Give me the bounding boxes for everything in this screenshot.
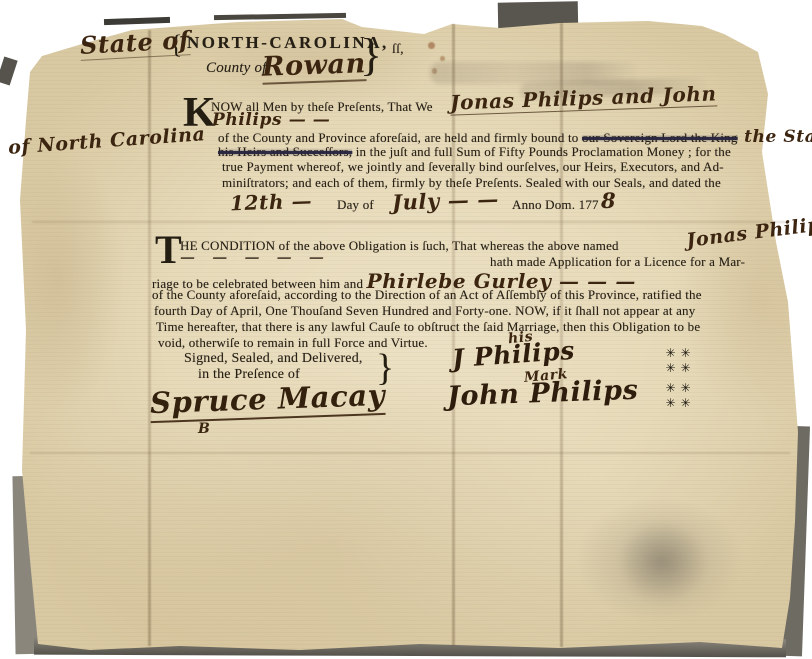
county-handwritten: Rowan: [261, 48, 366, 85]
fold-crease-horizontal-lower: [30, 452, 790, 454]
fold-crease-right: [560, 23, 563, 647]
backing-edge-corner-mark: [0, 56, 18, 85]
seal-ornament-glyph: ✳: [664, 382, 677, 395]
date-day-handwritten: 12th —: [230, 189, 313, 216]
fold-crease-center: [452, 24, 455, 646]
ss-abbreviation: ſſ,: [392, 42, 404, 58]
bond-line2-name-handwritten: Philips — —: [212, 110, 330, 130]
printed-seal-ornament-1: ✳✳✳✳: [664, 347, 692, 375]
fold-crease-left: [148, 30, 151, 646]
seal-ornament-glyph: ✳: [664, 397, 677, 410]
condition-line2: hath made Application for a Licence for …: [490, 254, 745, 270]
seal-ornament-glyph: ✳: [679, 347, 692, 360]
condition-line6: Time hereafter, that there is any lawful…: [156, 319, 700, 335]
county-of-label: County of: [206, 60, 267, 77]
bond-line4-print: in the juſt and full Sum of Fifty Pounds…: [352, 144, 731, 159]
date-year-handwritten: 8: [601, 188, 616, 213]
condition-dropcap: T: [155, 231, 182, 269]
date-day-of-label: Day of: [337, 197, 374, 213]
attestation-line1: Signed, Sealed, and Delivered,: [184, 351, 363, 367]
backing-edge-top-left-sliver: [104, 17, 170, 25]
fold-crease-horizontal-upper: [32, 221, 786, 223]
date-month-handwritten: July — —: [392, 186, 500, 215]
condition-line2-dashes: — — — — —: [180, 248, 330, 266]
printed-seal-ornament-2: ✳✳✳✳: [664, 382, 692, 410]
bond-line5: true Payment whereof, we jointly and ſev…: [222, 159, 724, 175]
seal-ornament-glyph: ✳: [679, 382, 692, 395]
seal-ornament-glyph: ✳: [679, 362, 692, 375]
witness-note-handwritten: B: [198, 421, 210, 437]
date-anno-dom-label: Anno Dom. 177: [512, 197, 599, 213]
condition-line5: fourth Day of April, One Thouſand Seven …: [154, 303, 695, 319]
scanned-document-photo: State of { NORTH-CAROLINA, } ſſ, County …: [0, 0, 812, 659]
bond-line3-insert-handwritten: the State: [738, 127, 812, 147]
seal-ornament-glyph: ✳: [664, 347, 677, 360]
backing-edge-top-sliver: [214, 13, 346, 20]
seal-ornament-glyph: ✳: [679, 397, 692, 410]
condition-line4: of the County aforeſaid, according to th…: [152, 287, 702, 303]
bond-line4-struck-text: his Heirs and Succeſſors,: [218, 144, 352, 159]
seal-ornament-glyph: ✳: [664, 362, 677, 375]
state-of-handwritten: State of: [79, 25, 190, 61]
